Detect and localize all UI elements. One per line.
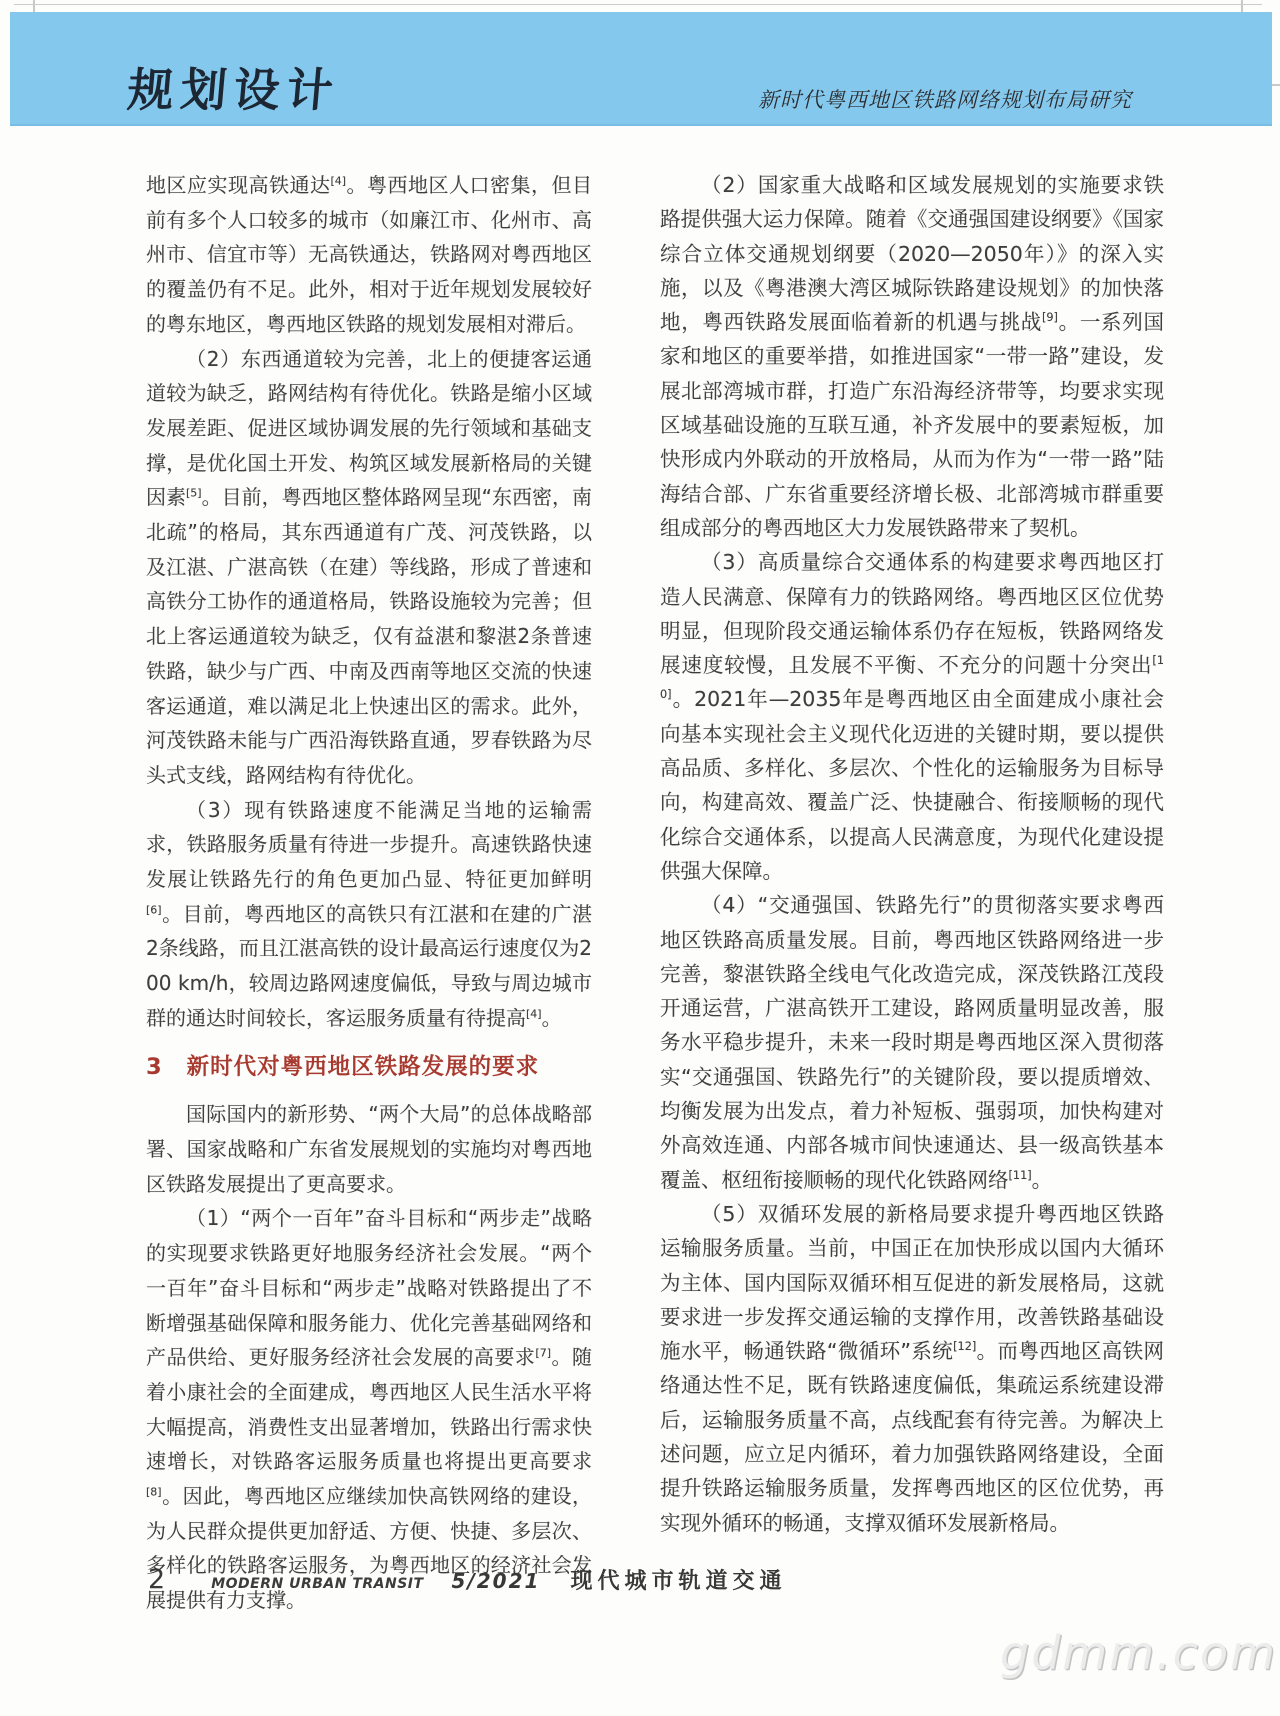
section-number: 3 [146,1054,163,1080]
paragraph: 地区应实现高铁通达[4]。粤西地区人口密集，但目前有多个人口较多的城市（如廉江市… [146,168,592,342]
journal-title-en: MODERN URBAN TRANSIT [211,1576,423,1592]
paragraph: 国际国内的新形势、“两个大局”的总体战略部署、国家战略和广东省发展规划的实施均对… [146,1097,592,1201]
paragraph: （4）“交通强国、铁路先行”的贯彻落实要求粤西地区铁路高质量发展。目前，粤西地区… [660,888,1164,1197]
paragraph: （3）高质量综合交通体系的构建要求粤西地区打造人民满意、保障有力的铁路网络。粤西… [660,545,1164,888]
section-label: 规划设计 [125,54,343,120]
left-column: 地区应实现高铁通达[4]。粤西地区人口密集，但目前有多个人口较多的城市（如廉江市… [146,168,592,1618]
issue-number: 5/2021 [452,1569,541,1593]
right-column: （2）国家重大战略和区域发展规划的实施要求铁路提供强大运力保障。随着《交通强国建… [660,168,1164,1540]
footer: 2 MODERN URBAN TRANSIT 5/2021 现代城市轨道交通 [148,1564,786,1595]
paragraph: （5）双循环发展的新格局要求提升粤西地区铁路运输服务质量。当前，中国正在加快形成… [660,1197,1164,1540]
paragraph: （3）现有铁路速度不能满足当地的运输需求，铁路服务质量有待进一步提升。高速铁路快… [146,793,592,1036]
page-number: 2 [148,1564,165,1595]
header-banner: 规划设计 新时代粤西地区铁路网络规划布局研究 [10,12,1272,126]
running-title: 新时代粤西地区铁路网络规划布局研究 [758,84,1132,114]
section-title: 新时代对粤西地区铁路发展的要求 [187,1054,540,1080]
scan-edge-line [14,4,1262,5]
watermark: gdmm.com [1000,1626,1277,1680]
journal-title-cn: 现代城市轨道交通 [570,1564,786,1595]
section-heading: 3新时代对粤西地区铁路发展的要求 [146,1050,592,1085]
paragraph: （1）“两个一百年”奋斗目标和“两步走”战略的实现要求铁路更好地服务经济社会发展… [146,1201,592,1617]
paragraph: （2）东西通道较为完善，北上的便捷客运通道较为缺乏，路网结构有待优化。铁路是缩小… [146,342,592,793]
paragraph: （2）国家重大战略和区域发展规划的实施要求铁路提供强大运力保障。随着《交通强国建… [660,168,1164,545]
